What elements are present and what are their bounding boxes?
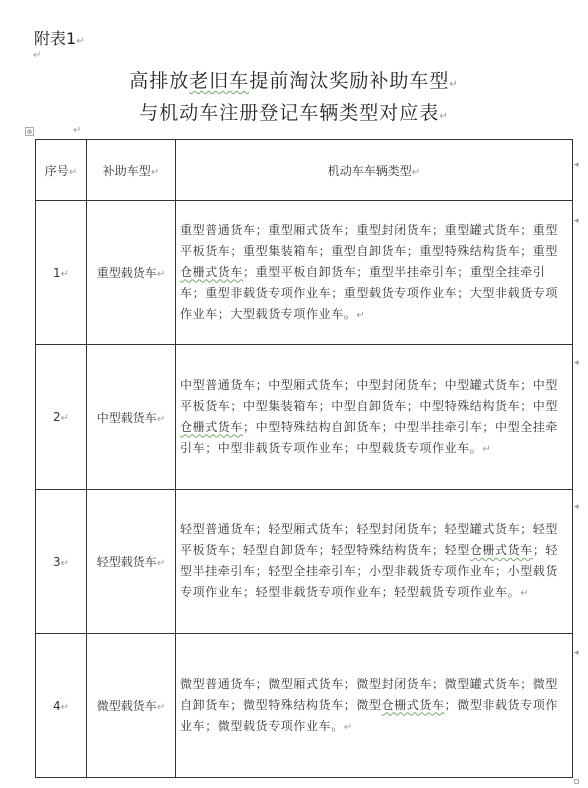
cell-end-mark-icon: ↵ — [61, 413, 69, 424]
table-row: 3↵ 轻型载货车↵ 轻型普通货车；轻型厢式货车；轻型封闭货车；轻型罐式货车；轻型… — [36, 490, 573, 634]
row-index: 4 — [53, 699, 61, 713]
spellcheck-underlined-text: 仓栅式货车 — [470, 543, 533, 557]
cell-end-mark-icon: ↵ — [157, 414, 165, 425]
cell-end-mark-icon: ↵ — [157, 702, 165, 713]
spellcheck-underlined-text: 老旧车 — [189, 70, 249, 92]
table-row: 2↵ 中型载货车↵ 中型普通货车；中型厢式货车；中型封闭货车；中型罐式货车；中型… — [36, 345, 573, 490]
table-resize-handle-icon[interactable] — [574, 779, 579, 784]
spellcheck-underlined-text: 仓栅式货车 — [180, 420, 243, 434]
subsidy-type: 轻型载货车 — [97, 555, 157, 569]
cell-end-mark-icon: ↵ — [157, 558, 165, 569]
row-end-mark-icon: ◂ — [574, 648, 579, 658]
attachment-label-text: 附表1 — [34, 29, 76, 48]
title-text: 提前淘汰奖励补助车型 — [249, 70, 449, 92]
paragraph-mark-icon: ↵ — [439, 111, 448, 122]
cell-end-mark-icon: ↵ — [61, 269, 69, 280]
attachment-label: 附表1↵ — [34, 26, 85, 49]
row-index: 1 — [53, 266, 61, 280]
row-end-mark-icon: ◂ — [574, 502, 579, 512]
header-vehicle-types[interactable]: 机动车车辆类型↵ — [176, 140, 573, 201]
cell-end-mark-icon: ↵ — [482, 444, 491, 455]
cell-end-mark-icon: ↵ — [61, 702, 69, 713]
document-title-line-1: 高排放老旧车提前淘汰奖励补助车型↵ — [0, 66, 588, 93]
header-index[interactable]: 序号↵ — [36, 140, 87, 201]
table-row: 4↵ 微型载货车↵ 微型普通货车；微型厢式货车；微型封闭货车；微型罐式货车；微型… — [36, 634, 573, 778]
cell-subsidy-type[interactable]: 中型载货车↵ — [87, 345, 176, 490]
document-title-line-2: 与机动车注册登记车辆类型对应表↵ — [0, 98, 588, 125]
vehicle-type-mapping-table: 序号↵ 补助车型↵ 机动车车辆类型↵ 1↵ 重型载货车↵ 重型普通货车；重型厢式… — [35, 139, 573, 778]
cell-end-mark-icon: ↵ — [520, 588, 529, 599]
row-end-mark-icon: ◂ — [574, 160, 579, 170]
cell-end-mark-icon: ↵ — [412, 167, 420, 178]
paragraph-mark-icon: ↵ — [76, 36, 84, 47]
paragraph-mark-icon: ↵ — [33, 50, 41, 61]
cell-end-mark-icon: ↵ — [344, 722, 353, 733]
cell-vehicle-types[interactable]: 中型普通货车；中型厢式货车；中型封闭货车；中型罐式货车；中型平板货车；中型集装箱… — [176, 345, 573, 490]
cell-index[interactable]: 3↵ — [36, 490, 87, 634]
subsidy-type: 重型载货车 — [97, 266, 157, 280]
table-header-row: 序号↵ 补助车型↵ 机动车车辆类型↵ — [36, 140, 573, 201]
cell-vehicle-types[interactable]: 微型普通货车；微型厢式货车；微型封闭货车；微型罐式货车；微型自卸货车；微型特殊结… — [176, 634, 573, 778]
row-end-mark-icon: ◂ — [574, 358, 579, 368]
spellcheck-underlined-text: 仓栅式货车 — [180, 265, 243, 279]
cell-end-mark-icon: ↵ — [151, 167, 159, 178]
subsidy-type: 微型载货车 — [97, 699, 157, 713]
cell-vehicle-types[interactable]: 重型普通货车；重型厢式货车；重型封闭货车；重型罐式货车；重型平板货车；重型集装箱… — [176, 201, 573, 345]
header-subsidy-type-label: 补助车型 — [103, 164, 151, 178]
header-index-label: 序号 — [45, 164, 69, 178]
cell-end-mark-icon: ↵ — [61, 558, 69, 569]
header-vehicle-types-label: 机动车车辆类型 — [328, 164, 412, 178]
paragraph-mark-icon: ↵ — [73, 125, 81, 136]
row-index: 2 — [53, 410, 61, 424]
cell-subsidy-type[interactable]: 轻型载货车↵ — [87, 490, 176, 634]
title-text: 与机动车注册登记车辆类型对应表 — [139, 102, 439, 124]
table-row: 1↵ 重型载货车↵ 重型普通货车；重型厢式货车；重型封闭货车；重型罐式货车；重型… — [36, 201, 573, 345]
cell-end-mark-icon: ↵ — [356, 310, 365, 321]
cell-subsidy-type[interactable]: 重型载货车↵ — [87, 201, 176, 345]
row-end-mark-icon: ◂ — [574, 216, 579, 226]
cell-index[interactable]: 1↵ — [36, 201, 87, 345]
cell-subsidy-type[interactable]: 微型载货车↵ — [87, 634, 176, 778]
vehicle-types-text: 重型普通货车；重型厢式货车；重型封闭货车；重型罐式货车；重型平板货车；重型集装箱… — [180, 223, 558, 258]
vehicle-types-text: 中型普通货车；中型厢式货车；中型封闭货车；中型罐式货车；中型平板货车；中型集装箱… — [180, 378, 558, 413]
cell-index[interactable]: 2↵ — [36, 345, 87, 490]
cell-end-mark-icon: ↵ — [157, 269, 165, 280]
paragraph-mark-icon: ↵ — [449, 79, 458, 90]
title-text: 高排放 — [129, 70, 189, 92]
cell-end-mark-icon: ↵ — [69, 167, 77, 178]
subsidy-type: 中型载货车 — [97, 411, 157, 425]
spellcheck-underlined-text: 仓栅式货车 — [382, 698, 445, 712]
cell-index[interactable]: 4↵ — [36, 634, 87, 778]
header-subsidy-type[interactable]: 补助车型↵ — [87, 140, 176, 201]
table-move-handle-icon[interactable]: ⊕ — [25, 127, 34, 136]
row-index: 3 — [53, 555, 61, 569]
cell-vehicle-types[interactable]: 轻型普通货车；轻型厢式货车；轻型封闭货车；轻型罐式货车；轻型平板货车；轻型自卸货… — [176, 490, 573, 634]
